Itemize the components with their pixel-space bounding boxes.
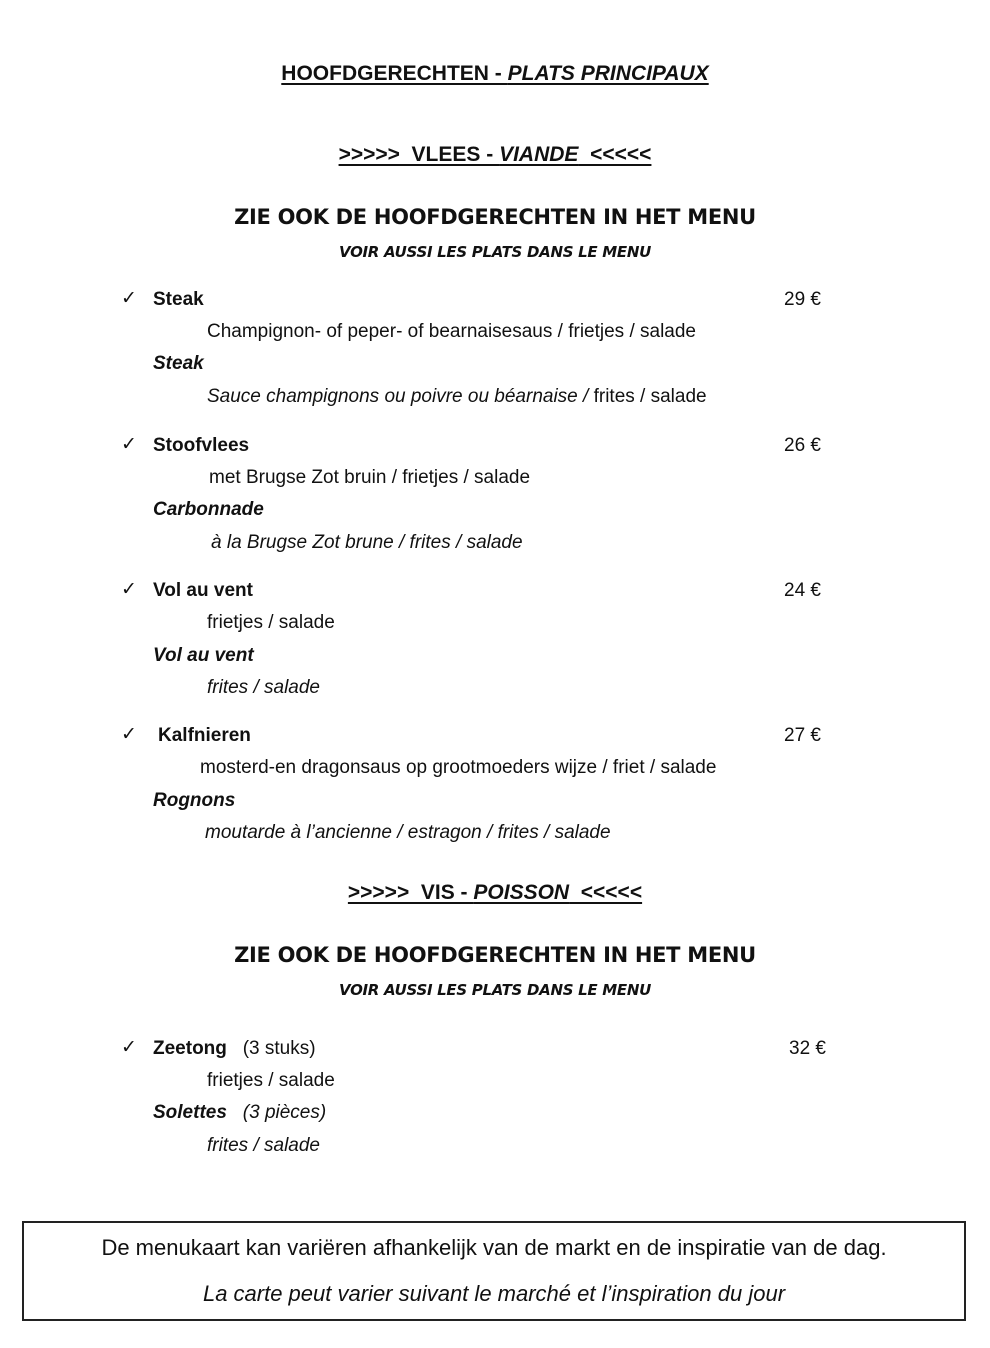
checkmark-icon: ✓ bbox=[121, 1036, 137, 1058]
dish-description-nl: mosterd-en dragonsaus op grootmoeders wi… bbox=[200, 757, 716, 779]
dish-name-fr-text: Solettes bbox=[153, 1102, 227, 1123]
dish-price: 27 € bbox=[784, 725, 821, 747]
dish-name-nl: Vol au vent bbox=[153, 580, 253, 602]
section-title-suffix: <<<<< bbox=[578, 143, 651, 166]
checkmark-icon: ✓ bbox=[121, 723, 137, 745]
see-also-nl: ZIE OOK DE HOOFDGERECHTEN IN HET MENU bbox=[0, 205, 990, 229]
section-title-suffix: <<<<< bbox=[569, 881, 642, 904]
dish-description-nl: Champignon- of peper- of bearnaisesaus /… bbox=[207, 321, 696, 343]
dish-price: 26 € bbox=[784, 435, 821, 457]
dish-description-fr: frites / salade bbox=[207, 1135, 320, 1157]
section-title-fish: >>>>> VIS - POISSON <<<<< bbox=[0, 881, 990, 905]
dish-name-nl: Kalfnieren bbox=[158, 725, 251, 747]
dish-name-nl: Zeetong (3 stuks) bbox=[153, 1038, 316, 1060]
dish-name-fr: Rognons bbox=[153, 790, 235, 812]
dish-description-fr: à la Brugse Zot brune / frites / salade bbox=[211, 532, 523, 554]
page-title-nl: HOOFDGERECHTEN - bbox=[281, 62, 507, 85]
see-also-fr: VOIR AUSSI LES PLATS DANS LE MENU bbox=[0, 981, 990, 999]
dish-description-nl: met Brugse Zot bruin / frietjes / salade bbox=[209, 467, 530, 489]
dish-description-fr: Sauce champignons ou poivre ou béarnaise… bbox=[207, 386, 707, 408]
dish-quantity-fr: (3 pièces) bbox=[243, 1102, 326, 1123]
dish-description-fr: moutarde à l’ancienne / estragon / frite… bbox=[205, 822, 611, 844]
dish-name-nl: Stoofvlees bbox=[153, 435, 249, 457]
section-title-meat: >>>>> VLEES - VIANDE <<<<< bbox=[0, 143, 990, 167]
see-also-fr: VOIR AUSSI LES PLATS DANS LE MENU bbox=[0, 243, 990, 261]
dish-description-nl: frietjes / salade bbox=[207, 612, 335, 634]
dish-description-nl: frietjes / salade bbox=[207, 1070, 335, 1092]
notice-text-fr: La carte peut varier suivant le marché e… bbox=[24, 1281, 964, 1307]
dish-name-fr: Carbonnade bbox=[153, 499, 264, 521]
checkmark-icon: ✓ bbox=[121, 433, 137, 455]
section-title-nl: >>>>> VIS - bbox=[348, 881, 474, 904]
see-also-nl: ZIE OOK DE HOOFDGERECHTEN IN HET MENU bbox=[0, 943, 990, 967]
dish-name-nl-text: Zeetong bbox=[153, 1038, 227, 1059]
section-title-fr: VIANDE bbox=[499, 143, 578, 166]
checkmark-icon: ✓ bbox=[121, 578, 137, 600]
dish-name-fr: Solettes (3 pièces) bbox=[153, 1102, 326, 1124]
dish-name-fr: Steak bbox=[153, 353, 204, 375]
dish-description-fr: frites / salade bbox=[207, 677, 320, 699]
dish-price: 29 € bbox=[784, 289, 821, 311]
dish-name-nl: Steak bbox=[153, 289, 204, 311]
dish-price: 24 € bbox=[784, 580, 821, 602]
notice-text-nl: De menukaart kan variëren afhankelijk va… bbox=[24, 1235, 964, 1261]
section-title-nl: >>>>> VLEES - bbox=[339, 143, 500, 166]
notice-box: De menukaart kan variëren afhankelijk va… bbox=[22, 1221, 966, 1321]
section-title-fr: POISSON bbox=[473, 881, 569, 904]
dish-price: 32 € bbox=[789, 1038, 826, 1060]
page-title: HOOFDGERECHTEN - PLATS PRINCIPAUX bbox=[0, 62, 990, 86]
dish-name-fr: Vol au vent bbox=[153, 645, 254, 667]
page-title-fr: PLATS PRINCIPAUX bbox=[508, 62, 709, 85]
checkmark-icon: ✓ bbox=[121, 287, 137, 309]
dish-quantity-nl: (3 stuks) bbox=[243, 1038, 316, 1059]
dish-description-fr-plain: frites / salade bbox=[594, 386, 707, 407]
dish-description-fr-italic: Sauce champignons ou poivre ou béarnaise… bbox=[207, 386, 594, 407]
